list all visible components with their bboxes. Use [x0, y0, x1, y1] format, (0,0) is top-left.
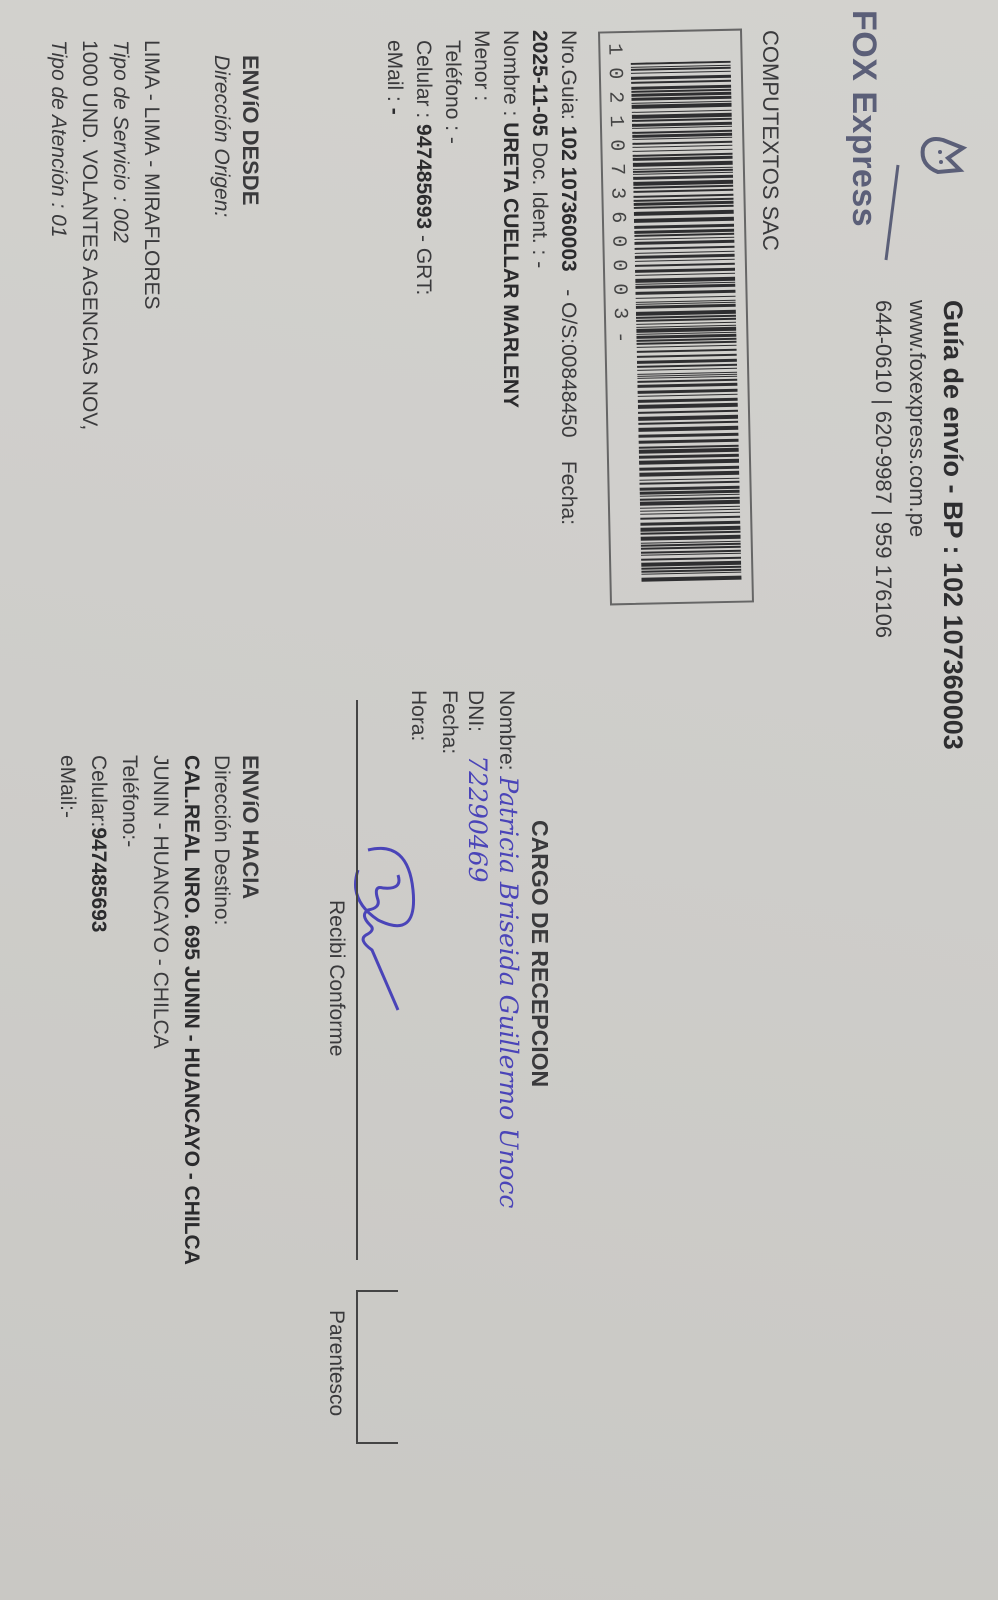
guide-number: 102 107360003: [557, 126, 580, 272]
shipping-guide-page: FOX Express Guía de envío - BP : 102 107…: [0, 0, 998, 1600]
contact-phones: 644-0610 | 620-9987 | 959 176106: [870, 300, 896, 638]
origin-location: LIMA - LIMA - MIRAFLORES: [139, 40, 163, 310]
recipient-name-row: Nombre : URETA CUELLAR MARLENY: [498, 30, 522, 408]
document-title: Guía de envío - BP : 102 107360003: [937, 300, 968, 750]
destination-email: eMail:-: [55, 755, 79, 818]
reception-hora-row: Hora:: [406, 690, 430, 741]
signature-label: Recibi Conforme: [324, 900, 348, 1056]
menor-row: Menor :: [469, 30, 493, 101]
destination-celular-row: Celular:947485693: [86, 755, 110, 933]
handwritten-name: Patricia Briseida Guillermo Unocc: [494, 776, 523, 1208]
os-number: 00848450: [557, 344, 580, 437]
handwritten-dni: 72290469: [463, 755, 492, 882]
date-row: 2025-11-05 Doc. Ident. : -: [527, 30, 551, 268]
destination-telefono: Teléfono:-: [117, 755, 141, 847]
celular-row: Celular : 947485693 - GRT:: [411, 40, 435, 295]
reception-title: CARGO DE RECEPCION: [526, 820, 553, 1087]
celular-value: 947485693: [412, 124, 435, 229]
signature-line: [356, 700, 358, 1260]
brand-name: FOX Express: [844, 10, 883, 227]
package-contents: 1000 UND. VOLANTES AGENCIAS NOV,: [77, 40, 101, 430]
origin-title: ENVíO DESDE: [237, 55, 263, 205]
guide-number-row: Nro.Guia: 102 107360003 - O/S:00848450 F…: [556, 30, 580, 525]
attention-type: Tipo de Atención : 01: [46, 40, 70, 238]
service-type: Tipo de Servicio : 002: [108, 40, 132, 243]
recipient-name: URETA CUELLAR MARLENY: [499, 122, 522, 408]
guide-date: 2025-11-05: [528, 30, 551, 136]
destination-location: JUNIN - HUANCAYO - CHILCA: [148, 755, 172, 1049]
destination-address-label: Dirección Destino:: [209, 755, 233, 925]
origin-address-label: Dirección Origen:: [209, 55, 233, 217]
reception-fecha-row: Fecha:: [437, 690, 461, 754]
destination-address: CAL.REAL NRO. 695 JUNIN - HUANCAYO - CHI…: [179, 755, 203, 1265]
sender-company: COMPUTEXTOS SAC: [757, 30, 783, 251]
parentesco-label: Parentesco: [324, 1310, 348, 1416]
website-link: www.foxexpress.com.pe: [904, 300, 930, 537]
barcode: 1 0 2 1 0 7 3 6 0 0 0 3 -: [598, 29, 754, 606]
reception-name-row: Nombre: Patricia Briseida Guillermo Unoc…: [494, 690, 523, 1208]
email-row: eMail : -: [382, 40, 406, 115]
reception-dni-row: DNI: 72290469: [463, 690, 492, 883]
telefono-row: Teléfono : -: [440, 40, 464, 144]
barcode-bars: [631, 61, 742, 583]
parentesco-box: [356, 1290, 398, 1444]
destination-title: ENVíO HACIA: [237, 755, 263, 899]
